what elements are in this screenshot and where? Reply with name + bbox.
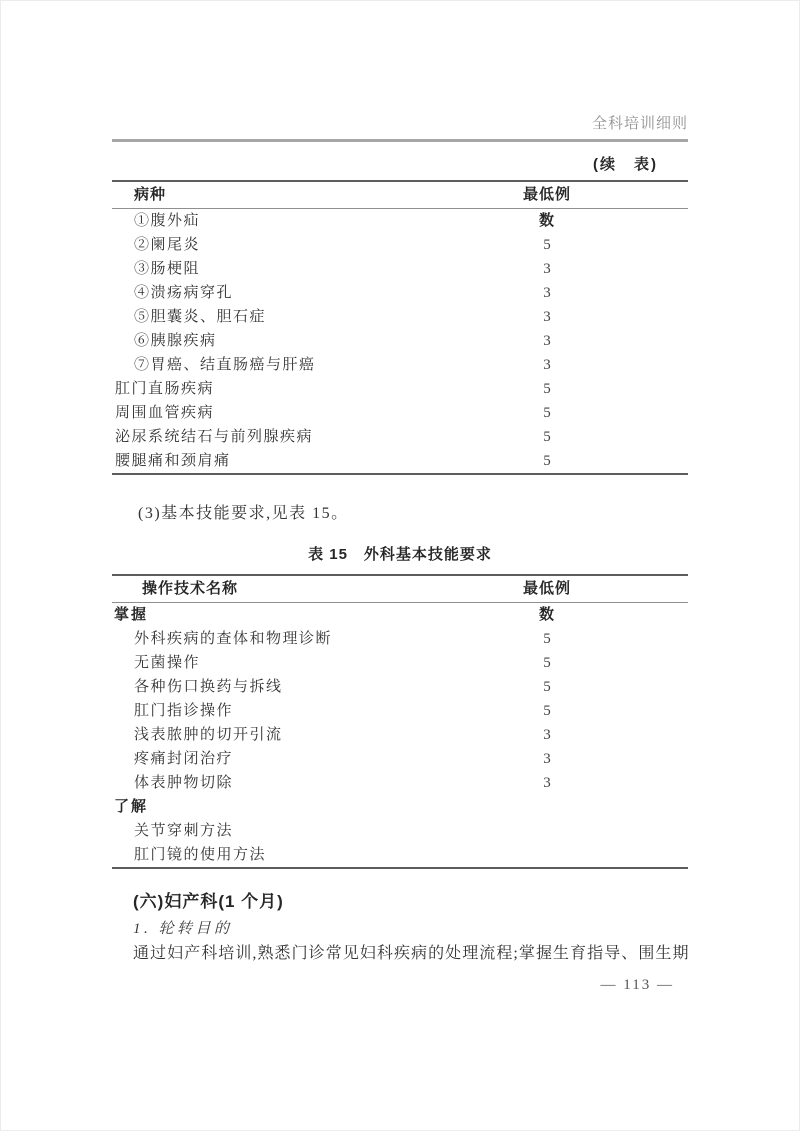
row-label: 周围血管疾病 <box>112 401 214 425</box>
section-body-text: 通过妇产科培训,熟悉门诊常见妇科疾病的处理流程;掌握生育指导、围生期 <box>133 943 689 965</box>
table-row: 肛门直肠疾病5 <box>112 377 688 401</box>
row-value: 5 <box>517 209 577 233</box>
disease-table: 病种 最低例数 ①腹外疝5②阑尾炎5③肠梗阻3④溃疡病穿孔3⑤胆囊炎、胆石症3⑥… <box>112 180 688 475</box>
page-number: — 113 — <box>112 977 688 994</box>
table-row: 周围血管疾病5 <box>112 401 688 425</box>
row-label: ⑥胰腺疾病 <box>112 329 217 353</box>
table-row: ①腹外疝5 <box>112 209 688 233</box>
row-value: 5 <box>517 675 577 699</box>
row-value: 5 <box>517 401 577 425</box>
table-row: 肛门镜的使用方法 <box>112 843 688 867</box>
row-label: ③肠梗阻 <box>112 257 200 281</box>
table-row: 体表肿物切除3 <box>112 771 688 795</box>
skills-table: 操作技术名称 最低例数 掌握外科疾病的查体和物理诊断5无菌操作5各种伤口换药与拆… <box>112 574 688 869</box>
row-value: 3 <box>517 305 577 329</box>
row-value: 5 <box>517 627 577 651</box>
skills-table-body: 掌握外科疾病的查体和物理诊断5无菌操作5各种伤口换药与拆线5肛门指诊操作5浅表脓… <box>112 603 688 867</box>
row-label: ④溃疡病穿孔 <box>112 281 233 305</box>
document-page: 全科培训细则 (续 表) 病种 最低例数 ①腹外疝5②阑尾炎5③肠梗阻3④溃疡病… <box>0 0 800 1131</box>
table-row: ②阑尾炎5 <box>112 233 688 257</box>
skills-table-header: 操作技术名称 最低例数 <box>112 576 688 603</box>
section-heading: (六)妇产科(1 个月) <box>133 887 284 912</box>
disease-table-header: 病种 最低例数 <box>112 182 688 209</box>
row-value: 3 <box>517 747 577 771</box>
disease-table-body: ①腹外疝5②阑尾炎5③肠梗阻3④溃疡病穿孔3⑤胆囊炎、胆石症3⑥胰腺疾病3⑦胃癌… <box>112 209 688 473</box>
row-value: 3 <box>517 353 577 377</box>
row-value: 3 <box>517 329 577 353</box>
table-row: 泌尿系统结石与前列腺疾病5 <box>112 425 688 449</box>
running-head-rule <box>112 139 688 142</box>
row-value: 5 <box>517 651 577 675</box>
row-value: 5 <box>517 699 577 723</box>
column-header-skill: 操作技术名称 <box>112 576 238 602</box>
table-section-row: 掌握 <box>112 603 688 627</box>
table-row: 肛门指诊操作5 <box>112 699 688 723</box>
row-label: 了解 <box>112 795 148 819</box>
row-label: ⑤胆囊炎、胆石症 <box>112 305 266 329</box>
row-value: 5 <box>517 233 577 257</box>
table-row: ⑥胰腺疾病3 <box>112 329 688 353</box>
table-section-row: 了解 <box>112 795 688 819</box>
row-label: 各种伤口换药与拆线 <box>112 675 283 699</box>
table-row: ⑦胃癌、结直肠癌与肝癌3 <box>112 353 688 377</box>
row-label: 泌尿系统结石与前列腺疾病 <box>112 425 313 449</box>
row-label: 肛门直肠疾病 <box>112 377 214 401</box>
paragraph-reference: (3)基本技能要求,见表 15。 <box>138 500 349 523</box>
row-label: ⑦胃癌、结直肠癌与肝癌 <box>112 353 316 377</box>
table-row: 外科疾病的查体和物理诊断5 <box>112 627 688 651</box>
row-label: 浅表脓肿的切开引流 <box>112 723 283 747</box>
table-row: 浅表脓肿的切开引流3 <box>112 723 688 747</box>
row-label: 肛门镜的使用方法 <box>112 843 266 867</box>
row-value: 5 <box>517 449 577 473</box>
row-value: 5 <box>517 425 577 449</box>
row-label: 体表肿物切除 <box>112 771 233 795</box>
table-continued-note: (续 表) <box>112 153 688 174</box>
section-subheading: 1. 轮转目的 <box>133 917 233 938</box>
table-row: ④溃疡病穿孔3 <box>112 281 688 305</box>
row-label: ②阑尾炎 <box>112 233 200 257</box>
row-label: 掌握 <box>112 603 148 627</box>
row-label: 腰腿痛和颈肩痛 <box>112 449 231 473</box>
column-header-disease: 病种 <box>112 182 166 208</box>
table-row: 关节穿刺方法 <box>112 819 688 843</box>
row-label: 无菌操作 <box>112 651 200 675</box>
table-row: ⑤胆囊炎、胆石症3 <box>112 305 688 329</box>
table-row: 疼痛封闭治疗3 <box>112 747 688 771</box>
row-label: 关节穿刺方法 <box>112 819 233 843</box>
row-value: 3 <box>517 771 577 795</box>
row-label: 外科疾病的查体和物理诊断 <box>112 627 332 651</box>
row-value: 3 <box>517 281 577 305</box>
row-label: 肛门指诊操作 <box>112 699 233 723</box>
row-value: 3 <box>517 723 577 747</box>
table-row: 无菌操作5 <box>112 651 688 675</box>
row-value: 5 <box>517 377 577 401</box>
row-label: 疼痛封闭治疗 <box>112 747 233 771</box>
running-head: 全科培训细则 <box>112 112 688 133</box>
table-row: ③肠梗阻3 <box>112 257 688 281</box>
row-value: 3 <box>517 257 577 281</box>
table-caption: 表 15 外科基本技能要求 <box>112 543 688 564</box>
table-row: 各种伤口换药与拆线5 <box>112 675 688 699</box>
row-label: ①腹外疝 <box>112 209 200 233</box>
table-row: 腰腿痛和颈肩痛5 <box>112 449 688 473</box>
